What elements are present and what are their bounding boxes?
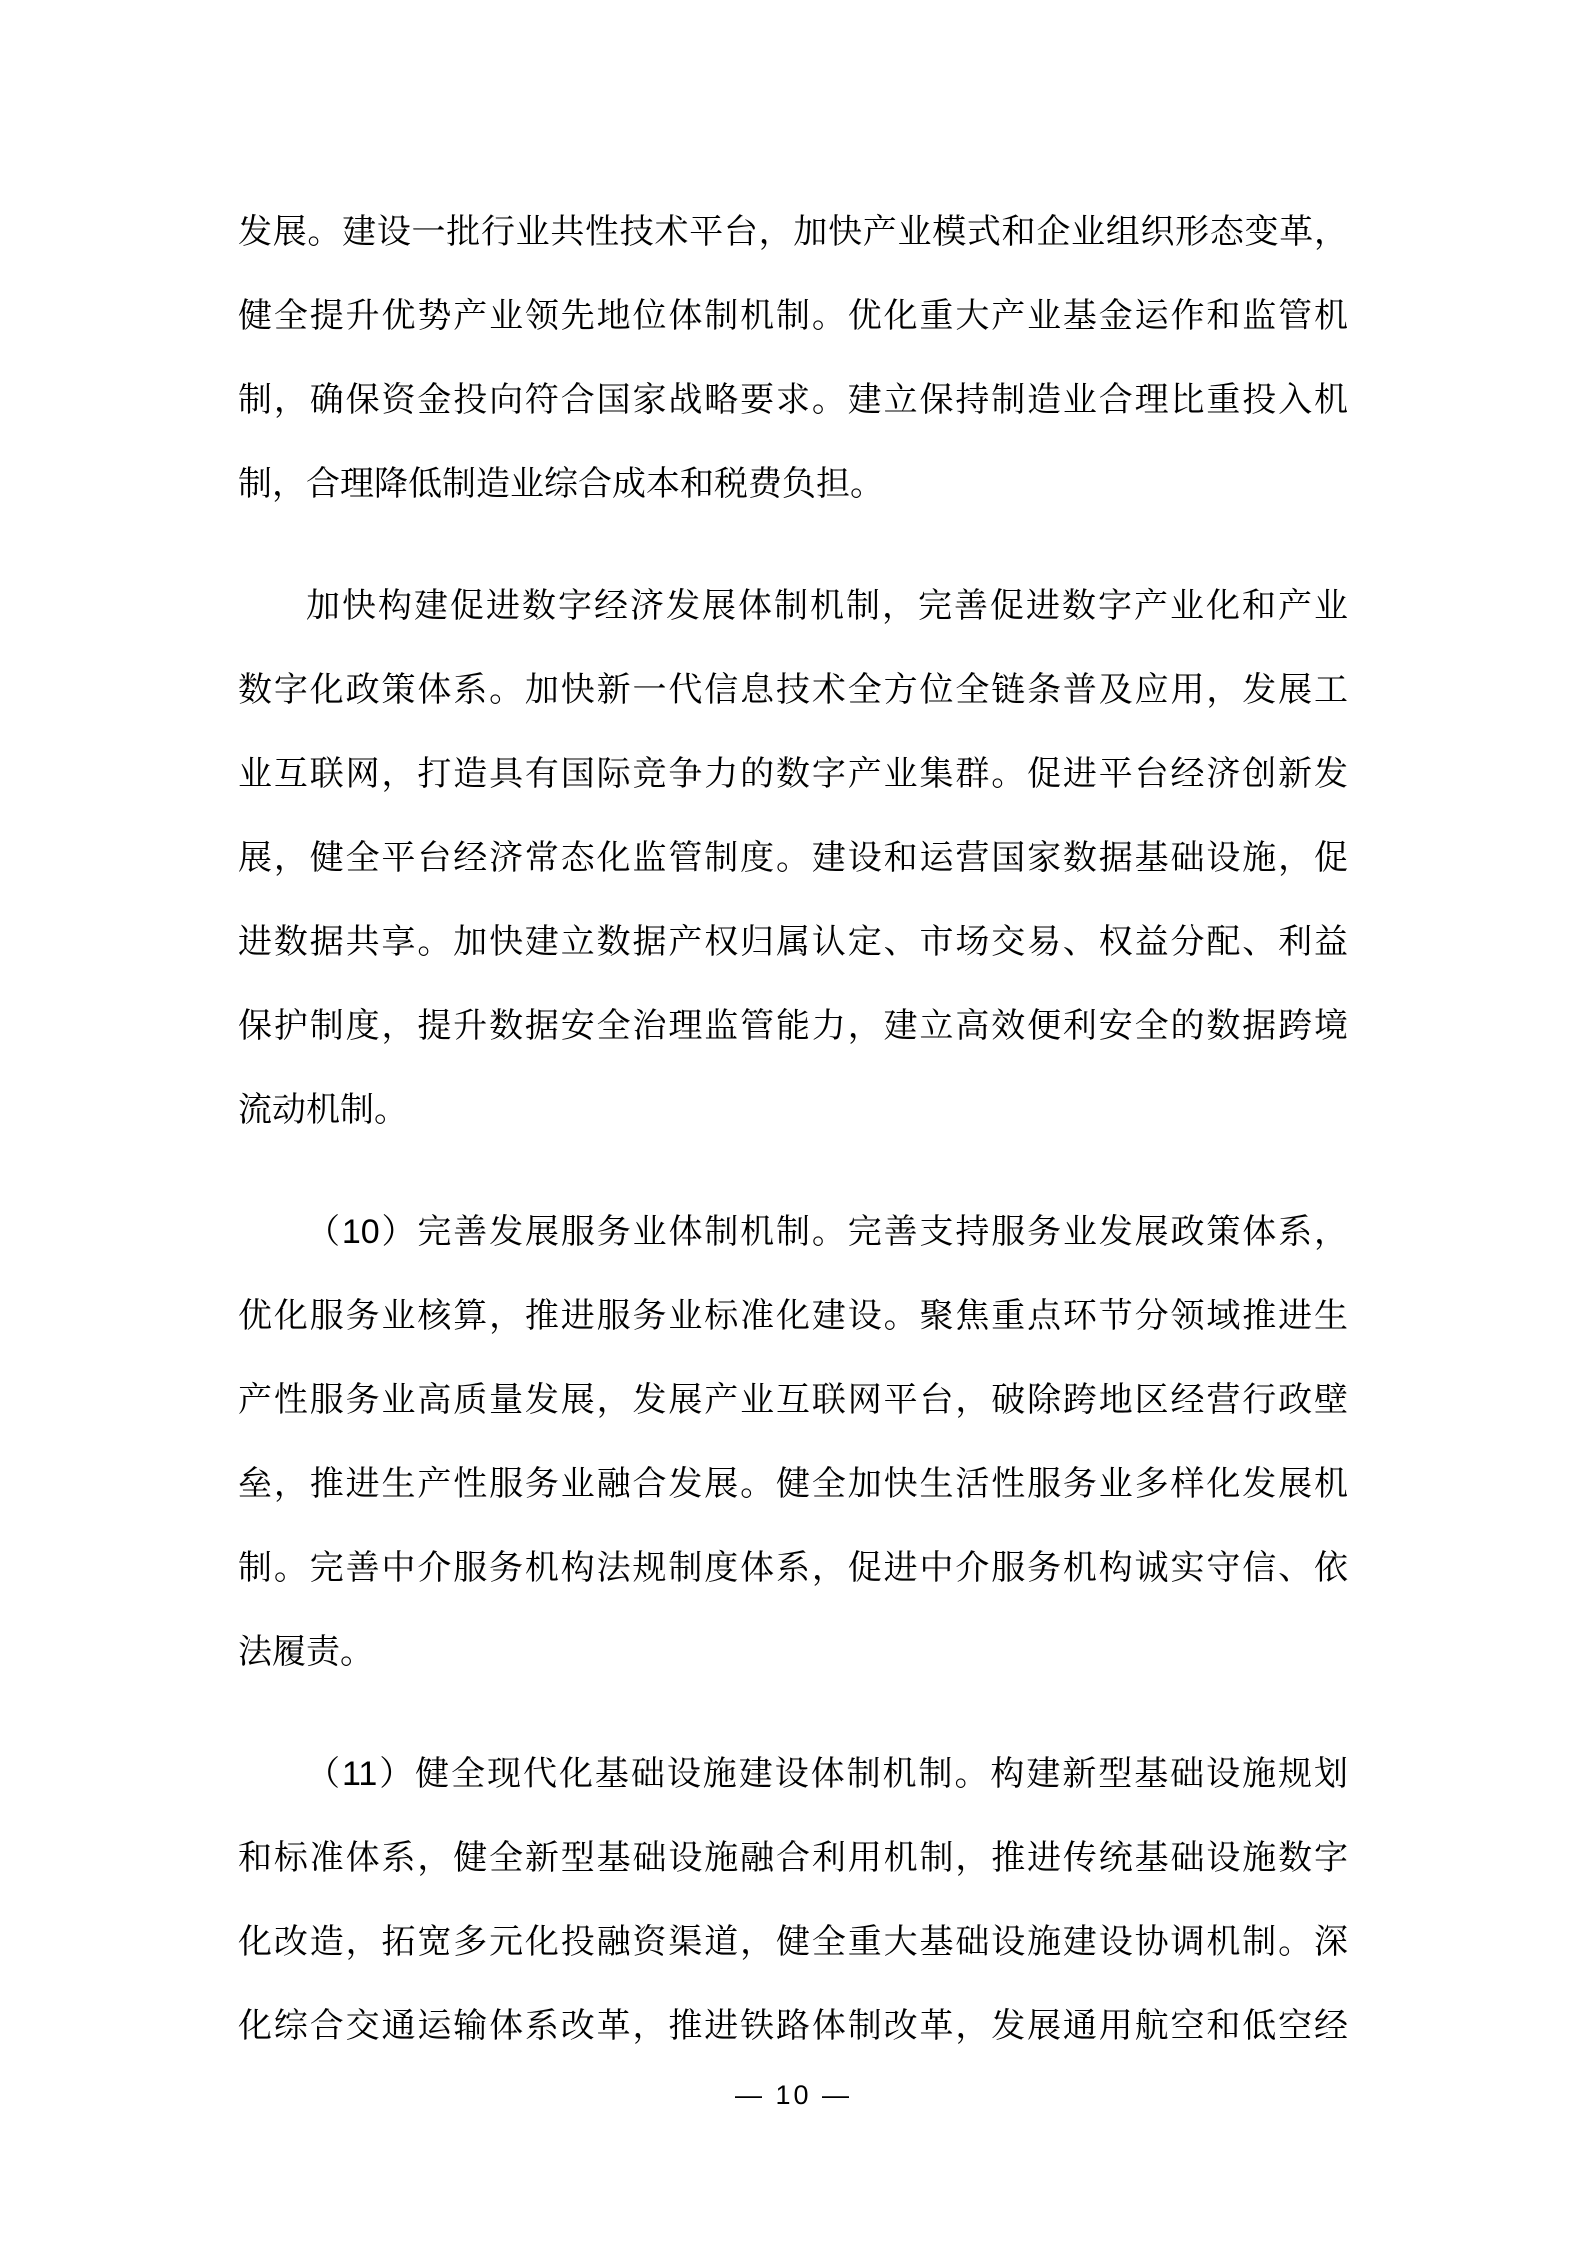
text-line: 和标准体系，健全新型基础设施融合利用机制，推进传统基础设施数字 bbox=[238, 1816, 1348, 1900]
paragraph: 加快构建促进数字经济发展体制机制，完善促进数字产业化和产业数字化政策体系。加快新… bbox=[238, 564, 1348, 1152]
text-line: 制。完善中介服务机构法规制度体系，促进中介服务机构诚实守信、依 bbox=[238, 1526, 1348, 1610]
text-line: （11）健全现代化基础设施建设体制机制。构建新型基础设施规划 bbox=[238, 1732, 1348, 1816]
text-line: （10）完善发展服务业体制机制。完善支持服务业发展政策体系， bbox=[238, 1190, 1348, 1274]
text-line: 健全提升优势产业领先地位体制机制。优化重大产业基金运作和监管机 bbox=[238, 274, 1348, 358]
text-line: 制，确保资金投向符合国家战略要求。建立保持制造业合理比重投入机 bbox=[238, 358, 1348, 442]
text-line: 业互联网，打造具有国际竞争力的数字产业集群。促进平台经济创新发 bbox=[238, 732, 1348, 816]
text-line: 加快构建促进数字经济发展体制机制，完善促进数字产业化和产业 bbox=[238, 564, 1348, 648]
text-line: 制，合理降低制造业综合成本和税费负担。 bbox=[238, 442, 1348, 526]
text-line: 产性服务业高质量发展，发展产业互联网平台，破除跨地区经营行政壁 bbox=[238, 1358, 1348, 1442]
text-line: 发展。建设一批行业共性技术平台，加快产业模式和企业组织形态变革， bbox=[238, 190, 1348, 274]
text-line: 化综合交通运输体系改革，推进铁路体制改革，发展通用航空和低空经 bbox=[238, 1984, 1348, 2068]
text-line: 展，健全平台经济常态化监管制度。建设和运营国家数据基础设施，促 bbox=[238, 816, 1348, 900]
text-line: 进数据共享。加快建立数据产权归属认定、市场交易、权益分配、利益 bbox=[238, 900, 1348, 984]
document-page: 发展。建设一批行业共性技术平台，加快产业模式和企业组织形态变革，健全提升优势产业… bbox=[0, 0, 1587, 2245]
page-number: — 10 — bbox=[0, 2080, 1587, 2111]
paragraph: （10）完善发展服务业体制机制。完善支持服务业发展政策体系，优化服务业核算，推进… bbox=[238, 1190, 1348, 1694]
text-line: 流动机制。 bbox=[238, 1068, 1348, 1152]
document-body: 发展。建设一批行业共性技术平台，加快产业模式和企业组织形态变革，健全提升优势产业… bbox=[238, 190, 1348, 2068]
paragraph: 发展。建设一批行业共性技术平台，加快产业模式和企业组织形态变革，健全提升优势产业… bbox=[238, 190, 1348, 526]
text-line: 数字化政策体系。加快新一代信息技术全方位全链条普及应用，发展工 bbox=[238, 648, 1348, 732]
text-line: 垒，推进生产性服务业融合发展。健全加快生活性服务业多样化发展机 bbox=[238, 1442, 1348, 1526]
text-line: 法履责。 bbox=[238, 1610, 1348, 1694]
paragraph: （11）健全现代化基础设施建设体制机制。构建新型基础设施规划和标准体系，健全新型… bbox=[238, 1732, 1348, 2068]
text-line: 优化服务业核算，推进服务业标准化建设。聚焦重点环节分领域推进生 bbox=[238, 1274, 1348, 1358]
text-line: 化改造，拓宽多元化投融资渠道，健全重大基础设施建设协调机制。深 bbox=[238, 1900, 1348, 1984]
text-line: 保护制度，提升数据安全治理监管能力，建立高效便利安全的数据跨境 bbox=[238, 984, 1348, 1068]
